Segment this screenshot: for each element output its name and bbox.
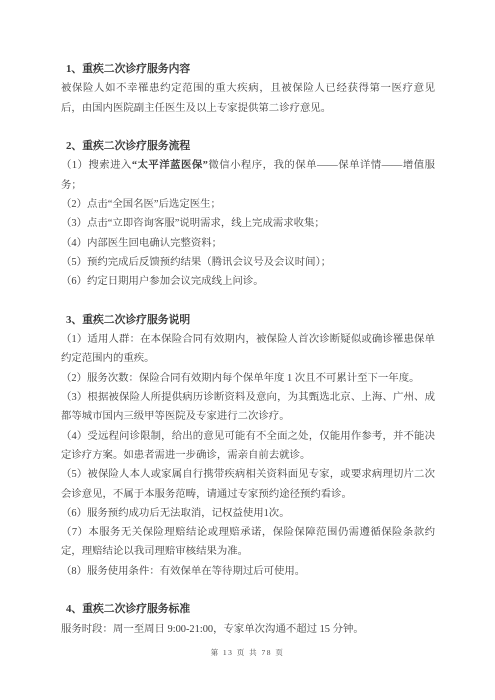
section-heading: 4、重疾二次诊疗服务标准 [61, 600, 435, 619]
page-footer: 第 13 页 共 78 页 [0, 647, 495, 658]
bold-text-run: “太平洋蓝医保” [132, 160, 208, 171]
paragraph: 被保险人如不幸罹患约定范围的重大疾病，且被保险人已经获得第一医疗意见后，由国内医… [61, 79, 435, 118]
paragraph: （7）本服务无关保险理赔结论或理赔承诺，保险保障范围仍需遵循保险条款约定，理赔结… [61, 523, 435, 562]
paragraph: （8）服务使用条件：有效保单在等待期过后可使用。 [61, 562, 435, 581]
text-run: 被保险人如不幸罹患约定范围的重大疾病，且被保险人已经获得第一医疗意见后，由国内医… [61, 83, 435, 113]
paragraph: （1）搜索进入“太平洋蓝医保”微信小程序，我的保单——保单详情——增值服务； [61, 156, 435, 195]
document-section: 3、重疾二次诊疗服务说明（1）适用人群：在本保险合同有效期内，被保险人首次诊断疑… [61, 311, 435, 581]
document-section: 1、重疾二次诊疗服务内容被保险人如不幸罹患约定范围的重大疾病，且被保险人已经获得… [61, 60, 435, 118]
text-run: （2）服务次数：保险合同有效期内每个保单年度 1 次且不可累计至下一年度。 [61, 373, 419, 384]
text-run: （3）点击“立即咨询客服”说明需求，线上完成需求收集； [61, 218, 325, 229]
document-page: 1、重疾二次诊疗服务内容被保险人如不幸罹患约定范围的重大疾病，且被保险人已经获得… [0, 0, 495, 700]
paragraph: （6）约定日期用户参加会议完成线上问诊。 [61, 272, 435, 291]
paragraph: 服务时段：周一至周日 9:00-21:00，专家单次沟通不超过 15 分钟。 [61, 620, 435, 639]
paragraph: （1）适用人群：在本保险合同有效期内，被保险人首次诊断疑似或确诊罹患保单约定范围… [61, 330, 435, 369]
document-section: 4、重疾二次诊疗服务标准服务时段：周一至周日 9:00-21:00，专家单次沟通… [61, 600, 435, 639]
text-run: （7）本服务无关保险理赔结论或理赔承诺，保险保障范围仍需遵循保险条款约定，理赔结… [61, 527, 435, 557]
paragraph: （6）服务预约成功后无法取消，记权益使用1次。 [61, 504, 435, 523]
section-heading: 2、重疾二次诊疗服务流程 [61, 137, 435, 156]
text-run: （5）预约完成后反馈预约结果（腾讯会议号及会议时间）； [61, 257, 331, 268]
text-run: （2）点击“全国名医”后选定医生； [61, 199, 221, 210]
section-heading: 3、重疾二次诊疗服务说明 [61, 311, 435, 330]
text-run: （5）被保险人本人或家属自行携带疾病相关资料面见专家，或要求病理切片二次会诊意见… [61, 469, 435, 499]
paragraph: （2）点击“全国名医”后选定医生； [61, 195, 435, 214]
text-run: 服务时段：周一至周日 9:00-21:00，专家单次沟通不超过 15 分钟。 [61, 624, 364, 635]
text-run: （1）搜索进入 [61, 160, 132, 171]
document-body: 1、重疾二次诊疗服务内容被保险人如不幸罹患约定范围的重大疾病，且被保险人已经获得… [61, 60, 435, 639]
paragraph: （3）点击“立即咨询客服”说明需求，线上完成需求收集； [61, 214, 435, 233]
text-run: （8）服务使用条件：有效保单在等待期过后可使用。 [61, 566, 305, 577]
paragraph: （4）内部医生回电确认完整资料； [61, 234, 435, 253]
text-run: （1）适用人群：在本保险合同有效期内，被保险人首次诊断疑似或确诊罹患保单约定范围… [61, 334, 435, 364]
text-run: （6）约定日期用户参加会议完成线上问诊。 [61, 276, 264, 287]
text-run: （4）内部医生回电确认完整资料； [61, 238, 222, 249]
paragraph: （3）根据被保险人所提供病历诊断资料及意向，为其甄选北京、上海、广州、成都等城市… [61, 388, 435, 427]
text-run: （6）服务预约成功后无法取消，记权益使用1次。 [61, 508, 290, 519]
text-run: （4）受远程问诊限制，给出的意见可能有不全面之处，仅能用作参考，并不能决定诊疗方… [61, 431, 435, 461]
paragraph: （4）受远程问诊限制，给出的意见可能有不全面之处，仅能用作参考，并不能决定诊疗方… [61, 427, 435, 466]
paragraph: （5）被保险人本人或家属自行携带疾病相关资料面见专家，或要求病理切片二次会诊意见… [61, 465, 435, 504]
paragraph: （2）服务次数：保险合同有效期内每个保单年度 1 次且不可累计至下一年度。 [61, 369, 435, 388]
text-run: （3）根据被保险人所提供病历诊断资料及意向，为其甄选北京、上海、广州、成都等城市… [61, 392, 435, 422]
section-heading: 1、重疾二次诊疗服务内容 [61, 60, 435, 79]
document-section: 2、重疾二次诊疗服务流程（1）搜索进入“太平洋蓝医保”微信小程序，我的保单——保… [61, 137, 435, 291]
paragraph: （5）预约完成后反馈预约结果（腾讯会议号及会议时间）； [61, 253, 435, 272]
page-number-text: 第 13 页 共 78 页 [211, 648, 285, 657]
